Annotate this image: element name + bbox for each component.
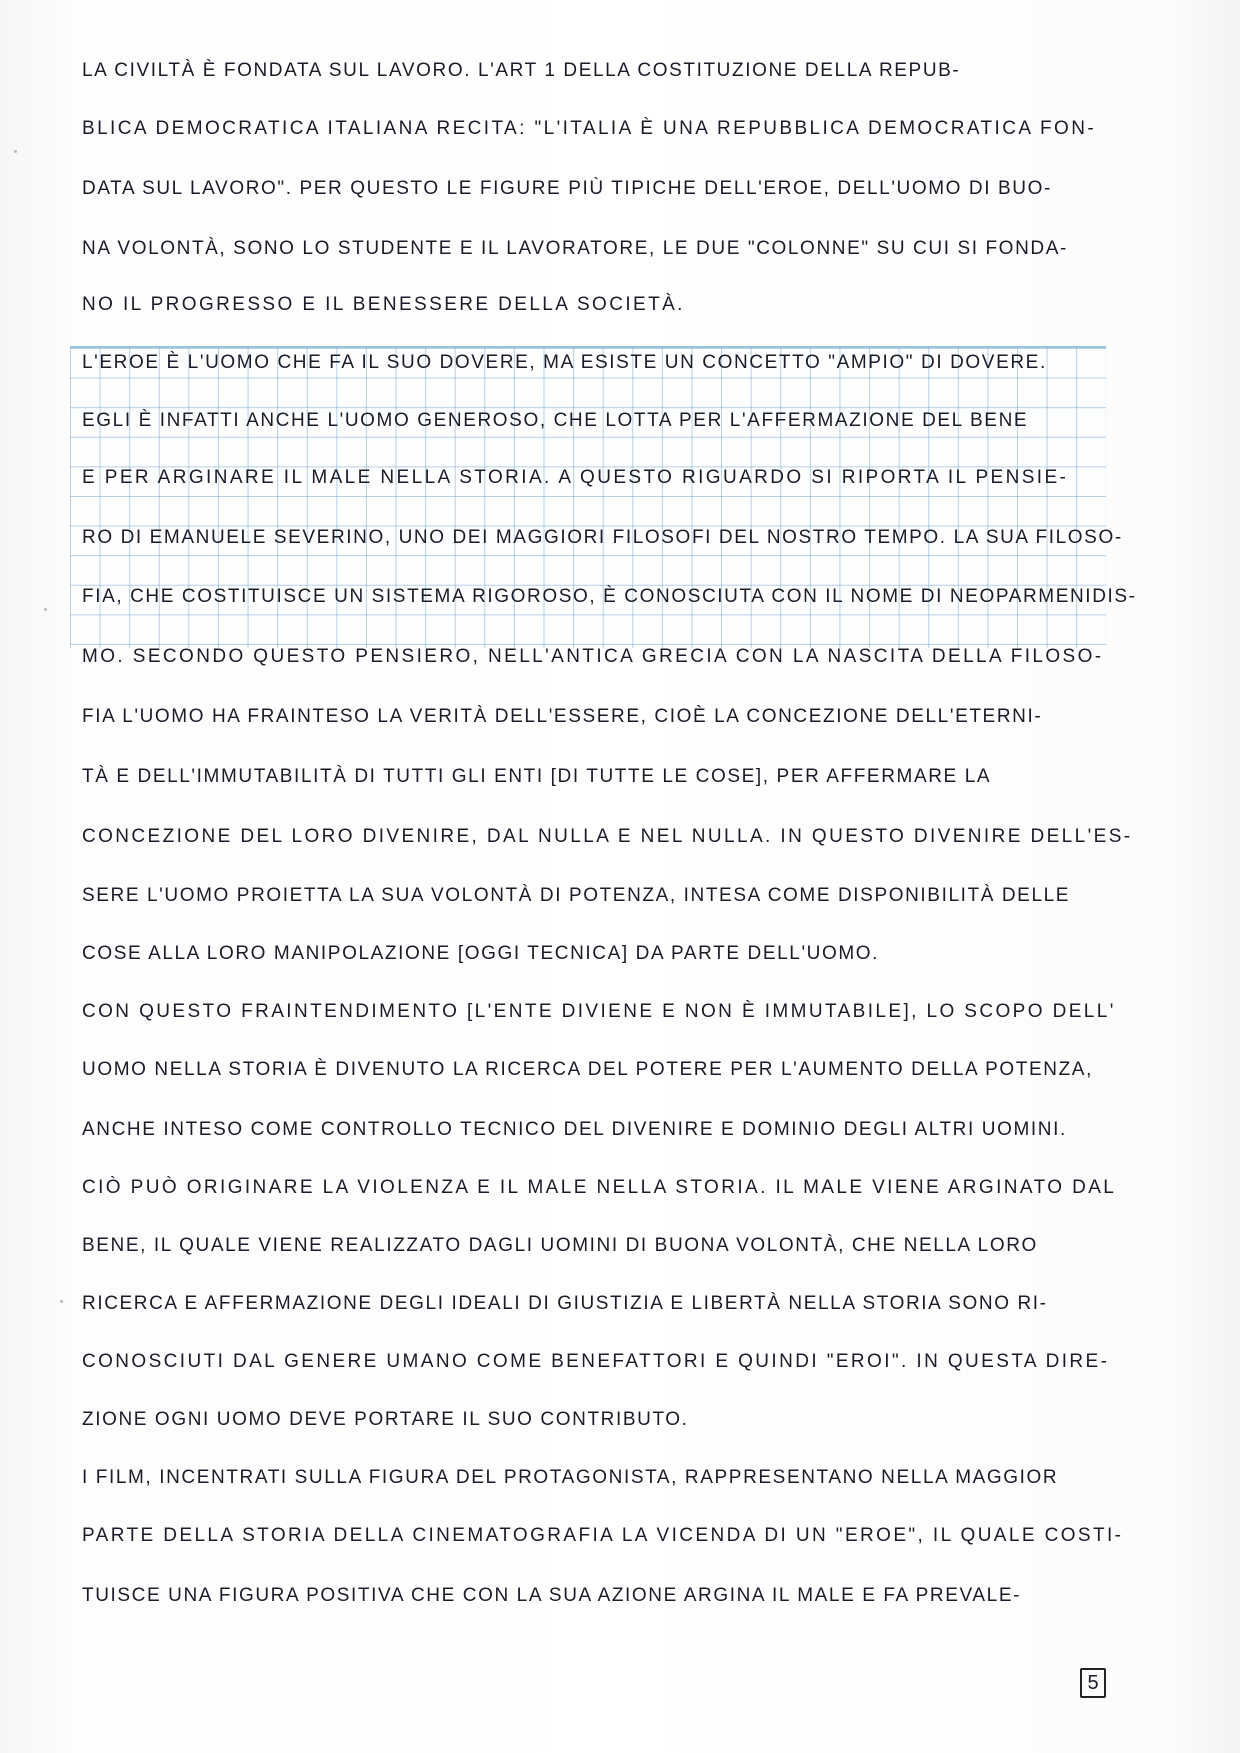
handwritten-line: cose alla loro manipolazione [oggi tecni… <box>82 943 1122 965</box>
handwritten-line: tà e dell'immutabilità di tutti gli enti… <box>82 766 1122 788</box>
page-number-box: 5 <box>1080 1668 1106 1698</box>
handwritten-line: La civiltà è fondata sul lavoro. L'art 1… <box>82 60 1122 82</box>
handwritten-line: fia, che costituisce un sistema rigoroso… <box>82 586 1122 608</box>
handwritten-line: zione ogni uomo deve portare il suo cont… <box>82 1409 1122 1431</box>
handwritten-line: anche inteso come controllo tecnico del … <box>82 1119 1122 1141</box>
handwritten-line: fia l'uomo ha frainteso la verità dell'e… <box>82 706 1122 728</box>
handwritten-line: uomo nella storia è divenuto la ricerca … <box>82 1059 1122 1081</box>
handwritten-line: Egli è infatti anche l'uomo generoso, ch… <box>82 410 1122 432</box>
handwritten-line: sere l'uomo proietta la sua volontà di p… <box>82 885 1122 907</box>
handwritten-line: Con questo fraintendimento [l'ente divie… <box>82 1001 1122 1023</box>
handwritten-line: mo. Secondo questo pensiero, nell'antica… <box>82 646 1122 668</box>
scan-speck <box>60 1300 63 1303</box>
handwritten-line: I film, incentrati sulla figura del prot… <box>82 1467 1122 1489</box>
handwritten-line: concezione del loro divenire, dal nulla … <box>82 826 1122 848</box>
handwritten-line: no il progresso e il benessere della soc… <box>82 294 1122 316</box>
handwritten-line: data sul lavoro". Per questo le figure p… <box>82 178 1122 200</box>
scanned-page: La civiltà è fondata sul lavoro. L'art 1… <box>0 0 1240 1753</box>
scan-speck <box>14 150 17 153</box>
handwritten-line: bene, il quale viene realizzato dagli uo… <box>82 1235 1122 1257</box>
handwritten-line: parte della storia della cinematografia … <box>82 1525 1122 1547</box>
handwritten-line: ricerca e affermazione degli ideali di g… <box>82 1293 1122 1315</box>
handwritten-line: tuisce una figura positiva che con la su… <box>82 1585 1122 1607</box>
handwritten-line: ro di Emanuele Severino, uno dei maggior… <box>82 527 1122 549</box>
handwritten-line: L'eroe è l'uomo che fa il suo dovere, ma… <box>82 352 1122 374</box>
handwritten-line: na volontà, sono lo studente e il lavora… <box>82 238 1122 260</box>
scan-speck <box>44 608 47 611</box>
handwritten-line: conosciuti dal genere umano come benefat… <box>82 1351 1122 1373</box>
handwritten-line: Ciò può originare la violenza e il male … <box>82 1177 1122 1199</box>
handwritten-line: e per arginare il male nella storia. A q… <box>82 467 1122 489</box>
handwritten-line: blica Democratica italiana recita: "L'It… <box>82 118 1122 140</box>
